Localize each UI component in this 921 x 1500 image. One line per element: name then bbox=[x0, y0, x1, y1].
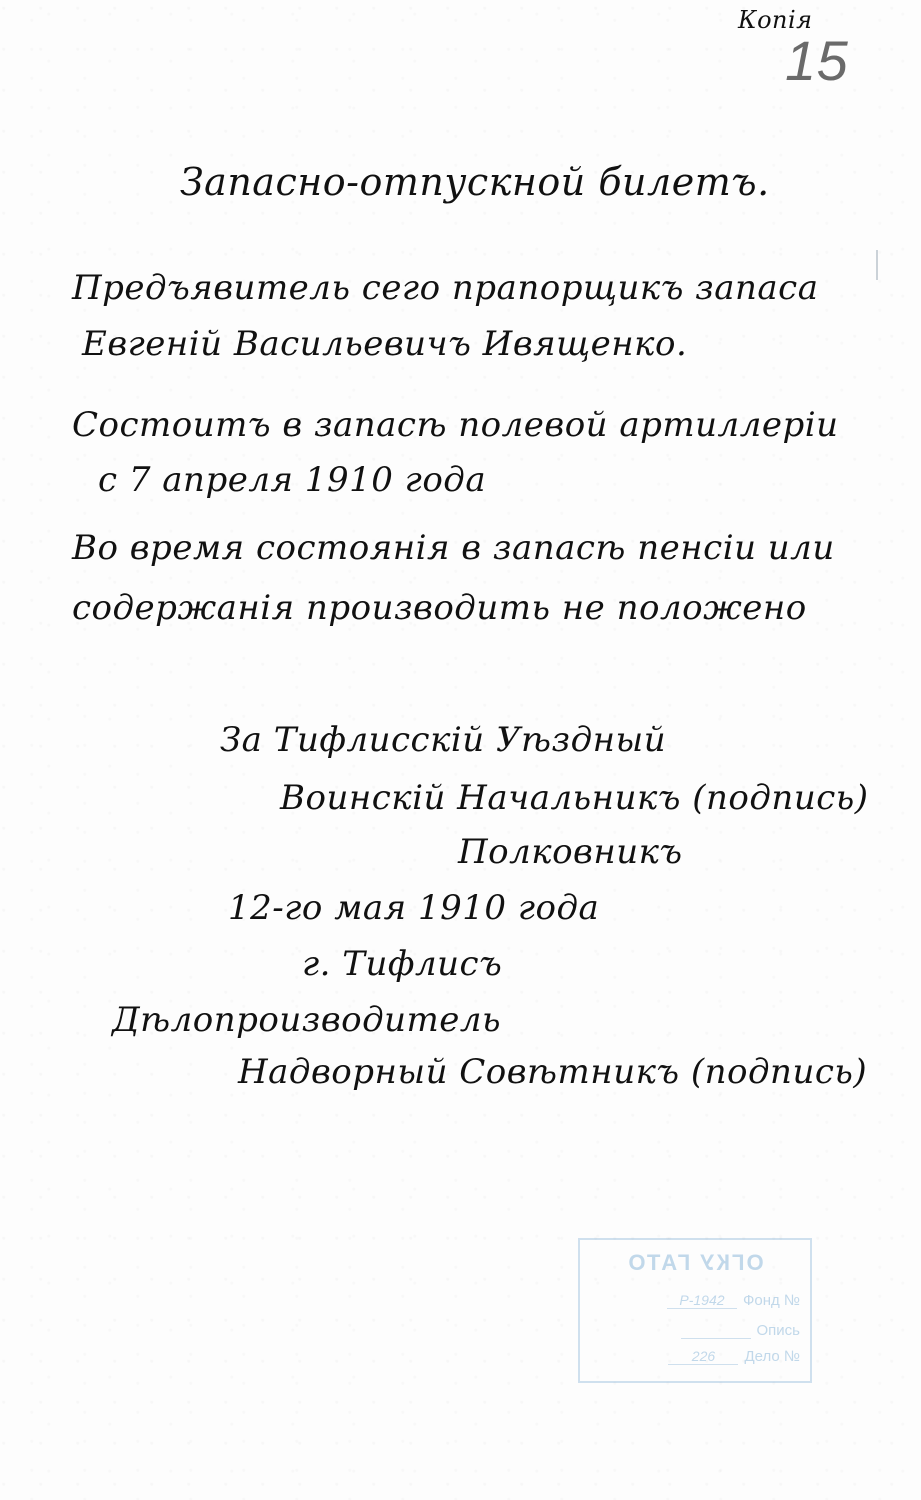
clerk-title: Дѣлопроизводитель bbox=[112, 1000, 501, 1040]
signature-rank: Полковникъ bbox=[458, 832, 683, 872]
stamp-opis-value bbox=[681, 1338, 751, 1339]
archival-document-page: Копія 15 Запасно-отпускной билетъ. Предъ… bbox=[0, 0, 921, 1500]
stamp-delo-value: 226 bbox=[668, 1348, 738, 1365]
clerk-rank-signature: Надворный Совѣтникъ (подпись) bbox=[238, 1052, 867, 1092]
body-line: Во время состоянія в запасѣ пенсіи или bbox=[72, 528, 835, 568]
stamp-title: ОГКУ ГАТО bbox=[580, 1250, 810, 1276]
body-line: Евгеній Васильевичъ Ивященко. bbox=[82, 324, 687, 364]
body-line: Состоитъ в запасѣ полевой артиллеріи bbox=[72, 405, 839, 445]
document-title: Запасно-отпускной билетъ. bbox=[180, 160, 770, 204]
body-line: Предъявитель сего прапорщикъ запаса bbox=[72, 268, 818, 308]
stamp-opis-label: Опись bbox=[757, 1322, 800, 1339]
stamp-delo-row: 226 Дело № bbox=[668, 1348, 800, 1365]
signature-line: Воинскій Начальникъ (подпись) bbox=[280, 778, 869, 818]
stamp-fond-value: Р-1942 bbox=[667, 1292, 737, 1309]
body-line: с 7 апреля 1910 года bbox=[98, 460, 486, 500]
issue-place: г. Тифлисъ bbox=[302, 944, 502, 984]
stamp-opis-row: Опись bbox=[681, 1322, 800, 1339]
issue-date: 12-го мая 1910 года bbox=[228, 888, 599, 928]
signature-line: За Тифлисскій Уѣздный bbox=[220, 720, 666, 760]
page-number: 15 bbox=[785, 28, 848, 93]
body-line: содержанія производить не положено bbox=[72, 588, 807, 628]
margin-mark bbox=[876, 250, 878, 280]
archive-stamp: ОГКУ ГАТО Р-1942 Фонд № Опись 226 Дело № bbox=[578, 1238, 812, 1383]
stamp-fond-label: Фонд № bbox=[743, 1292, 800, 1309]
stamp-delo-label: Дело № bbox=[744, 1348, 800, 1365]
stamp-fond-row: Р-1942 Фонд № bbox=[667, 1292, 800, 1309]
